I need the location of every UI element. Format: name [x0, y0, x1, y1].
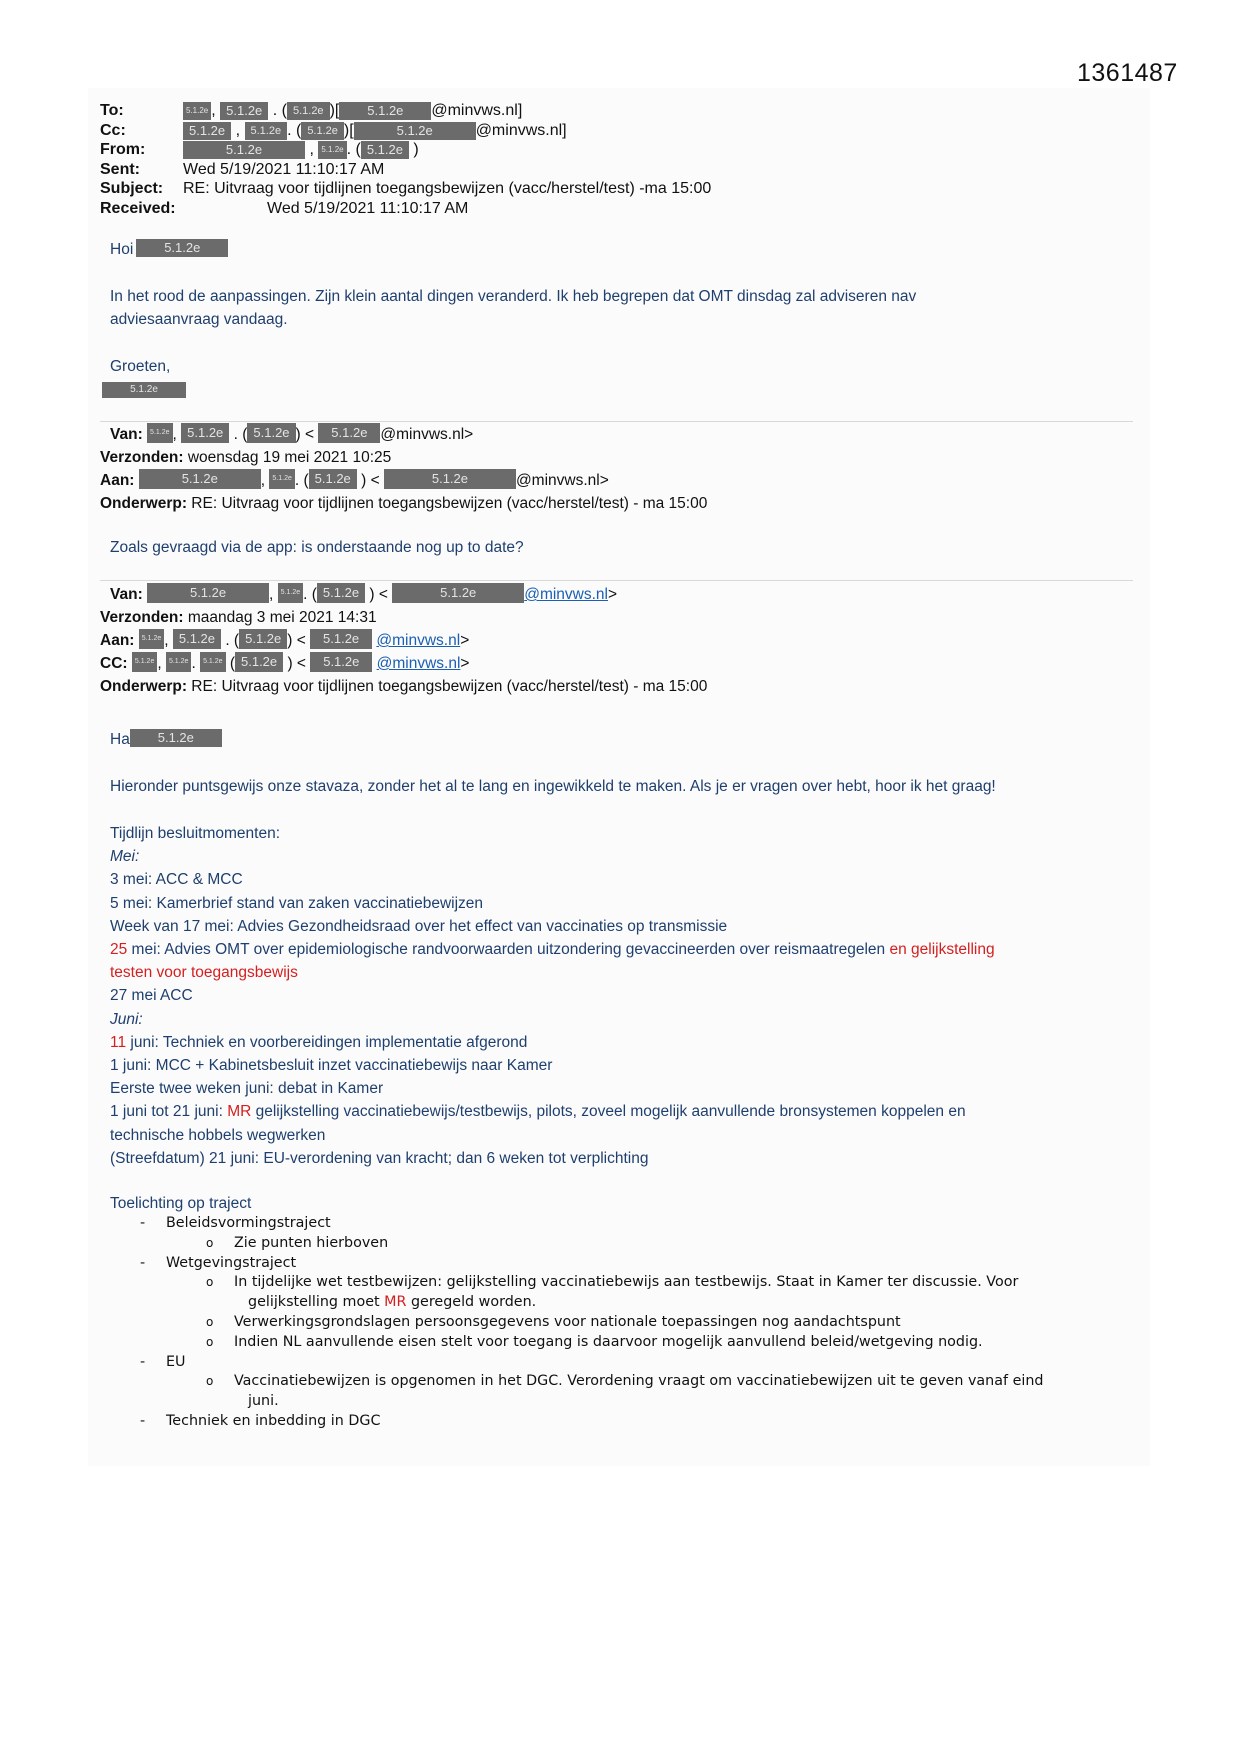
- message2-sent: woensdag 19 mei 2021 10:25: [188, 449, 391, 466]
- circle-bullet-icon: o: [206, 1273, 213, 1293]
- cc-domain: @minvws.nl]: [476, 122, 567, 139]
- redaction: 5.1.2e: [220, 102, 268, 120]
- document-id: 1361487: [1077, 59, 1178, 88]
- message3-subject: RE: Uitvraag voor tijdlijnen toegangsbew…: [191, 678, 707, 695]
- redaction: 5.1.2e: [278, 583, 303, 603]
- list-item: -Techniek en inbedding in DGC: [140, 1412, 1140, 1432]
- dash-bullet-icon: -: [140, 1412, 145, 1432]
- redaction: 5.1.2e: [384, 469, 516, 489]
- to-domain: @minvws.nl]: [431, 102, 522, 119]
- message3-greeting: Ha5.1.2e: [110, 728, 222, 751]
- circle-bullet-icon: o: [206, 1313, 213, 1333]
- month-juni: Juni:: [110, 1011, 143, 1028]
- email-link[interactable]: @minvws.nl: [524, 586, 608, 603]
- subject-value: RE: Uitvraag voor tijdlijnen toegangsbew…: [183, 179, 711, 199]
- message3-header: Van: 5.1.2e, 5.1.2e. (5.1.2e ) < 5.1.2e@…: [100, 583, 707, 698]
- month-mei: Mei:: [110, 848, 139, 865]
- separator: [100, 580, 1133, 581]
- redaction: 5.1.2e: [318, 141, 346, 159]
- list-subitem: oZie punten hierboven: [140, 1234, 1140, 1254]
- redaction: 5.1.2e: [147, 423, 172, 443]
- message2-header: Van: 5.1.2e, 5.1.2e . (5.1.2e) < 5.1.2e@…: [100, 423, 707, 515]
- redaction: 5.1.2e: [183, 102, 211, 120]
- message1-closing: Groeten,: [110, 355, 170, 378]
- sent-label: Sent:: [100, 160, 140, 180]
- redaction: 5.1.2e: [132, 652, 157, 672]
- list-item: -Wetgevingstraject: [140, 1254, 1140, 1274]
- cc-label: Cc:: [100, 121, 126, 141]
- redaction: 5.1.2e: [287, 102, 330, 120]
- from-label: From:: [100, 140, 145, 160]
- redaction: 5.1.2e: [181, 423, 229, 443]
- timeline-item: Week van 17 mei: Advies Gezondheidsraad …: [110, 915, 1130, 938]
- timeline-item: 3 mei: ACC & MCC: [110, 868, 1130, 891]
- redaction: 5.1.2e: [310, 652, 372, 672]
- redaction: 5.1.2e: [317, 583, 365, 603]
- redaction: 5.1.2e: [309, 469, 357, 489]
- timeline-item: (Streefdatum) 21 juni: EU-verordening va…: [110, 1147, 1130, 1170]
- to-label: To:: [100, 101, 124, 121]
- redaction: 5.1.2e: [200, 652, 225, 672]
- subject-label: Subject:: [100, 179, 163, 199]
- circle-bullet-icon: o: [206, 1234, 213, 1254]
- timeline-item: 1 juni tot 21 juni: MR gelijkstelling va…: [110, 1100, 1130, 1123]
- redaction: 5.1.2e: [247, 423, 295, 443]
- circle-bullet-icon: o: [206, 1333, 213, 1353]
- dash-bullet-icon: -: [140, 1353, 145, 1373]
- redaction: 5.1.2e: [173, 629, 221, 649]
- redaction: 5.1.2e: [392, 583, 524, 603]
- redaction: 5.1.2e: [139, 629, 164, 649]
- message2-subject: RE: Uitvraag voor tijdlijnen toegangsbew…: [191, 495, 707, 512]
- message2-body: Zoals gevraagd via de app: is onderstaan…: [110, 536, 524, 559]
- message3-intro: Hieronder puntsgewijs onze stavaza, zond…: [110, 775, 996, 798]
- redaction: 5.1.2e: [136, 239, 228, 257]
- redaction: 5.1.2e: [183, 122, 231, 140]
- dash-bullet-icon: -: [140, 1214, 145, 1234]
- redaction: 5.1.2e: [183, 141, 305, 159]
- timeline-item: 5 mei: Kamerbrief stand van zaken vaccin…: [110, 892, 1130, 915]
- list-item: -EU: [140, 1353, 1140, 1373]
- sent-value: Wed 5/19/2021 11:10:17 AM: [183, 160, 384, 180]
- redaction: 5.1.2e: [235, 652, 283, 672]
- toelichting-list: -Beleidsvormingstraject oZie punten hier…: [140, 1214, 1140, 1432]
- timeline-item: 11 juni: Techniek en voorbereidingen imp…: [110, 1031, 1130, 1054]
- message1-body: In het rood de aanpassingen. Zijn klein …: [110, 285, 916, 332]
- message1-greeting: Hoi5.1.2e: [110, 238, 228, 261]
- received-label: Received:: [100, 199, 176, 219]
- timeline-item-cont: technische hobbels wegwerken: [110, 1124, 1130, 1147]
- redaction: 5.1.2e: [147, 583, 269, 603]
- redaction: 5.1.2e: [269, 469, 294, 489]
- redaction: 5.1.2e: [361, 141, 409, 159]
- redaction: 5.1.2e: [354, 122, 476, 140]
- redaction: 5.1.2e: [139, 469, 261, 489]
- list-subitem: oVaccinatiebewijzen is opgenomen in het …: [140, 1372, 1140, 1412]
- timeline: Tijdlijn besluitmomenten: Mei: 3 mei: AC…: [110, 822, 1130, 1170]
- list-subitem: oIndien NL aanvullende eisen stelt voor …: [140, 1333, 1140, 1353]
- email-link[interactable]: @minvws.nl: [376, 632, 460, 649]
- circle-bullet-icon: o: [206, 1372, 213, 1392]
- redaction: 5.1.2e: [245, 122, 288, 140]
- list-subitem: oVerwerkingsgrondslagen persoonsgegevens…: [140, 1313, 1140, 1333]
- toelichting-title: Toelichting op traject: [110, 1194, 251, 1214]
- timeline-item: 25 mei: Advies OMT over epidemiologische…: [110, 938, 1130, 961]
- redaction: 5.1.2e: [239, 629, 287, 649]
- timeline-item: Eerste twee weken juni: debat in Kamer: [110, 1077, 1130, 1100]
- dash-bullet-icon: -: [140, 1254, 145, 1274]
- separator: [100, 421, 1133, 422]
- list-subitem: oIn tijdelijke wet testbewijzen: gelijks…: [140, 1273, 1140, 1313]
- message3-sent: maandag 3 mei 2021 14:31: [188, 609, 377, 626]
- redaction: 5.1.2e: [301, 122, 344, 140]
- redaction: 5.1.2e: [166, 652, 191, 672]
- redaction: 5.1.2e: [318, 423, 380, 443]
- timeline-title: Tijdlijn besluitmomenten:: [110, 822, 1130, 845]
- signature: 5.1.2e: [102, 381, 186, 399]
- redaction: 5.1.2e: [310, 629, 372, 649]
- redaction: 5.1.2e: [102, 382, 186, 398]
- list-item: -Beleidsvormingstraject: [140, 1214, 1140, 1234]
- timeline-item: 1 juni: MCC + Kabinetsbesluit inzet vacc…: [110, 1054, 1130, 1077]
- email-link[interactable]: @minvws.nl: [377, 655, 461, 672]
- redaction: 5.1.2e: [339, 102, 431, 120]
- received-value: Wed 5/19/2021 11:10:17 AM: [267, 199, 468, 219]
- timeline-item-cont: testen voor toegangsbewijs: [110, 961, 1130, 984]
- timeline-item: 27 mei ACC: [110, 984, 1130, 1007]
- redaction: 5.1.2e: [130, 729, 222, 747]
